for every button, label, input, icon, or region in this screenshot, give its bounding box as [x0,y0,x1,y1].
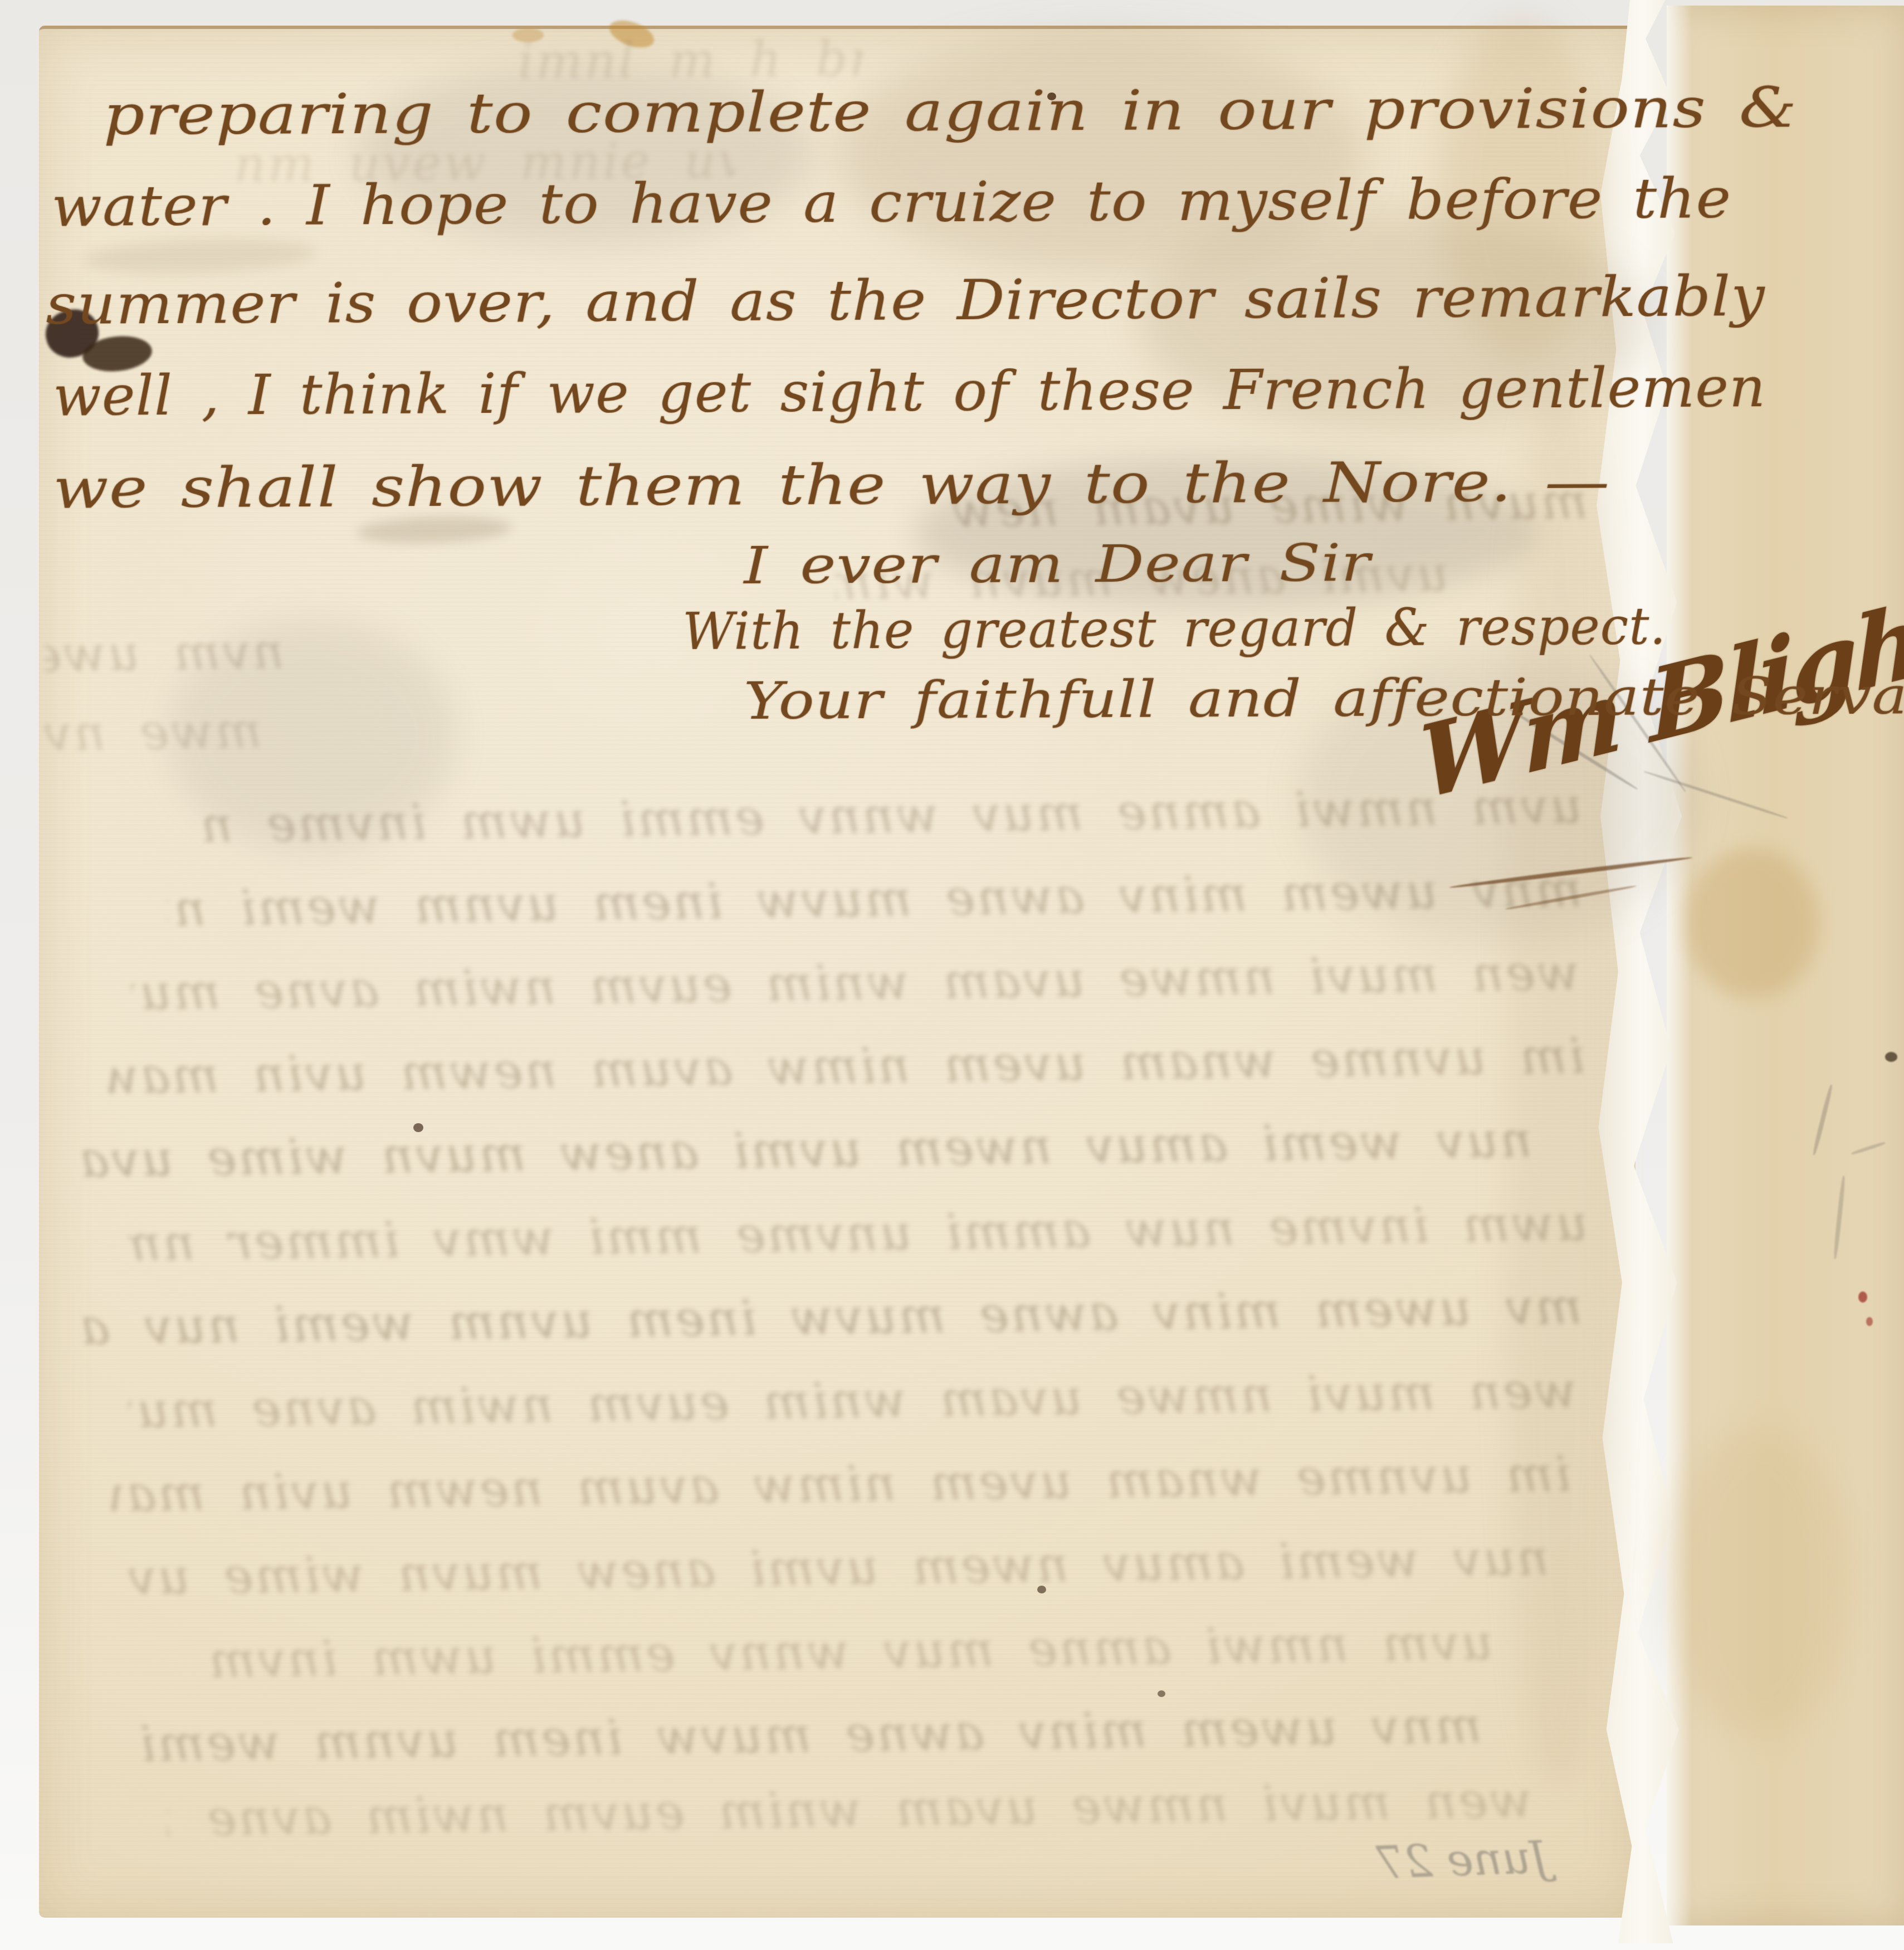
letter-scan: imnl m h bmk 3inm uvew mnie uvmmuvn wime… [0,0,1904,1950]
manuscript-line: preparing to complete again in our provi… [103,75,1798,148]
manuscript-line: Your faithfull and affectionate Servant [744,666,1904,731]
manuscript-text-layer: Wm Bligh June 27 preparing to complete a… [0,0,1904,1950]
manuscript-line: I ever am Dear Sir [744,533,1371,596]
pencil-date-note: June 27 [1375,1831,1549,1889]
manuscript-line: With the greatest regard & respect. [682,597,1666,661]
manuscript-line: well , I think if we get sight of these … [53,354,1766,428]
manuscript-line: we shall show them the way to the Nore. … [53,448,1610,521]
manuscript-line: water . I hope to have a cruize to mysel… [51,165,1732,239]
manuscript-line: summer is over, and as the Director sail… [46,264,1765,337]
